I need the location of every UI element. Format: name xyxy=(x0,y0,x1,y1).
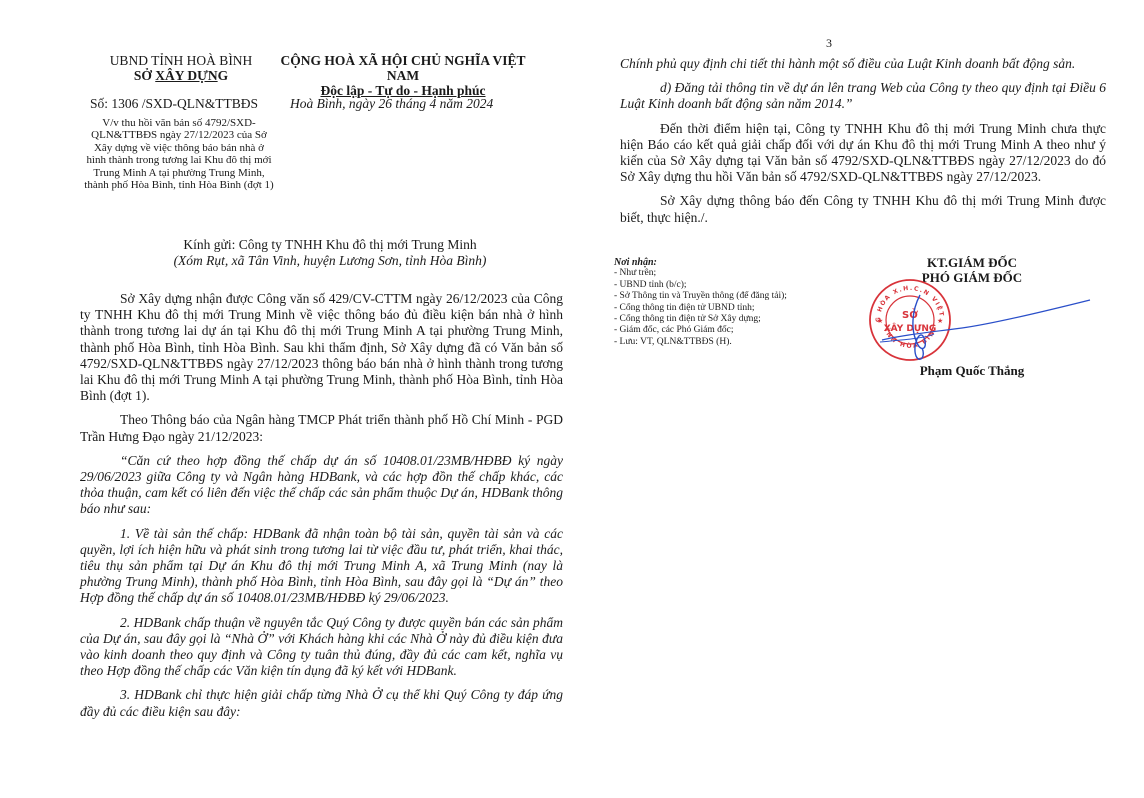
body-paragraph: Sở Xây dựng nhận được Công văn số 429/CV… xyxy=(80,291,563,404)
document-subject: V/v thu hồi văn bản số 4792/SXD-QLN&TTBĐ… xyxy=(84,117,274,191)
recipient-item: - Sở Thông tin và Truyền thông (để đăng … xyxy=(614,291,864,302)
body-paragraph: “Căn cứ theo hợp đồng thế chấp dự án số … xyxy=(80,453,563,518)
body-text-left: Sở Xây dựng nhận được Công văn số 429/CV… xyxy=(80,291,563,728)
recipients-list: Nơi nhận: - Như trên;- UBND tỉnh (b/c);-… xyxy=(614,257,864,348)
recipients-title: Nơi nhận: xyxy=(614,257,864,268)
dept-underlined: XÂY DỰN xyxy=(155,68,217,83)
issuer-org: UBND TỈNH HOÀ BÌNH xyxy=(86,53,276,68)
signature-title-1: KT.GIÁM ĐỐC xyxy=(862,255,1082,270)
recipient-item: - Lưu: VT, QLN&TTBĐS (H). xyxy=(614,337,864,348)
body-text-right: Chính phủ quy định chi tiết thi hành một… xyxy=(620,56,1106,234)
recipients-items: - Như trên;- UBND tỉnh (b/c);- Sở Thông … xyxy=(614,268,864,348)
document-page-left: UBND TỈNH HOÀ BÌNH SỞ XÂY DỰNG CỘNG HOÀ … xyxy=(0,0,572,798)
place-date: Hoà Bình, ngày 26 tháng 4 năm 2024 xyxy=(290,96,493,112)
dept-prefix: SỞ xyxy=(134,68,155,83)
body-paragraph: Chính phủ quy định chi tiết thi hành một… xyxy=(620,56,1106,72)
body-paragraph: 3. HDBank chỉ thực hiện giải chấp từng N… xyxy=(80,687,563,719)
body-paragraph: 2. HDBank chấp thuận về nguyên tắc Quý C… xyxy=(80,615,563,680)
recipient-line: Kính gửi: Công ty TNHH Khu đô thị mới Tr… xyxy=(80,237,580,253)
body-paragraph: Đến thời điểm hiện tại, Công ty TNHH Khu… xyxy=(620,121,1106,186)
body-paragraph: Theo Thông báo của Ngân hàng TMCP Phát t… xyxy=(80,412,563,444)
recipient-item: - Giám đốc, các Phó Giám đốc; xyxy=(614,325,864,336)
country-name: CỘNG HOÀ XÃ HỘI CHỦ NGHĨA VIỆT NAM xyxy=(272,53,534,83)
document-page-right: 3 Chính phủ quy định chi tiết thi hành m… xyxy=(572,0,1144,798)
page-number: 3 xyxy=(826,36,832,51)
handwritten-signature-icon xyxy=(872,290,1092,370)
recipient-item: - Cổng thông tin điện tử Sở Xây dựng; xyxy=(614,314,864,325)
recipient-block: Kính gửi: Công ty TNHH Khu đô thị mới Tr… xyxy=(80,237,580,269)
recipient-address: (Xóm Rụt, xã Tân Vinh, huyện Lương Sơn, … xyxy=(80,253,580,269)
body-paragraph: 1. Về tài sản thế chấp: HDBank đã nhận t… xyxy=(80,526,563,607)
issuer-header: UBND TỈNH HOÀ BÌNH SỞ XÂY DỰNG xyxy=(86,53,276,83)
body-paragraph: Sở Xây dựng thông báo đến Công ty TNHH K… xyxy=(620,193,1106,225)
document-number: Số: 1306 /SXD-QLN&TTBĐS xyxy=(90,96,258,112)
recipient-item: - Cổng thông tin điện tử UBND tỉnh; xyxy=(614,303,864,314)
national-header: CỘNG HOÀ XÃ HỘI CHỦ NGHĨA VIỆT NAM Độc l… xyxy=(272,53,534,98)
dept-suffix: G xyxy=(218,68,229,83)
body-paragraph: d) Đăng tải thông tin về dự án lên trang… xyxy=(620,80,1106,112)
issuer-dept: SỞ XÂY DỰNG xyxy=(86,68,276,83)
recipient-item: - Như trên; xyxy=(614,268,864,279)
recipient-item: - UBND tỉnh (b/c); xyxy=(614,280,864,291)
